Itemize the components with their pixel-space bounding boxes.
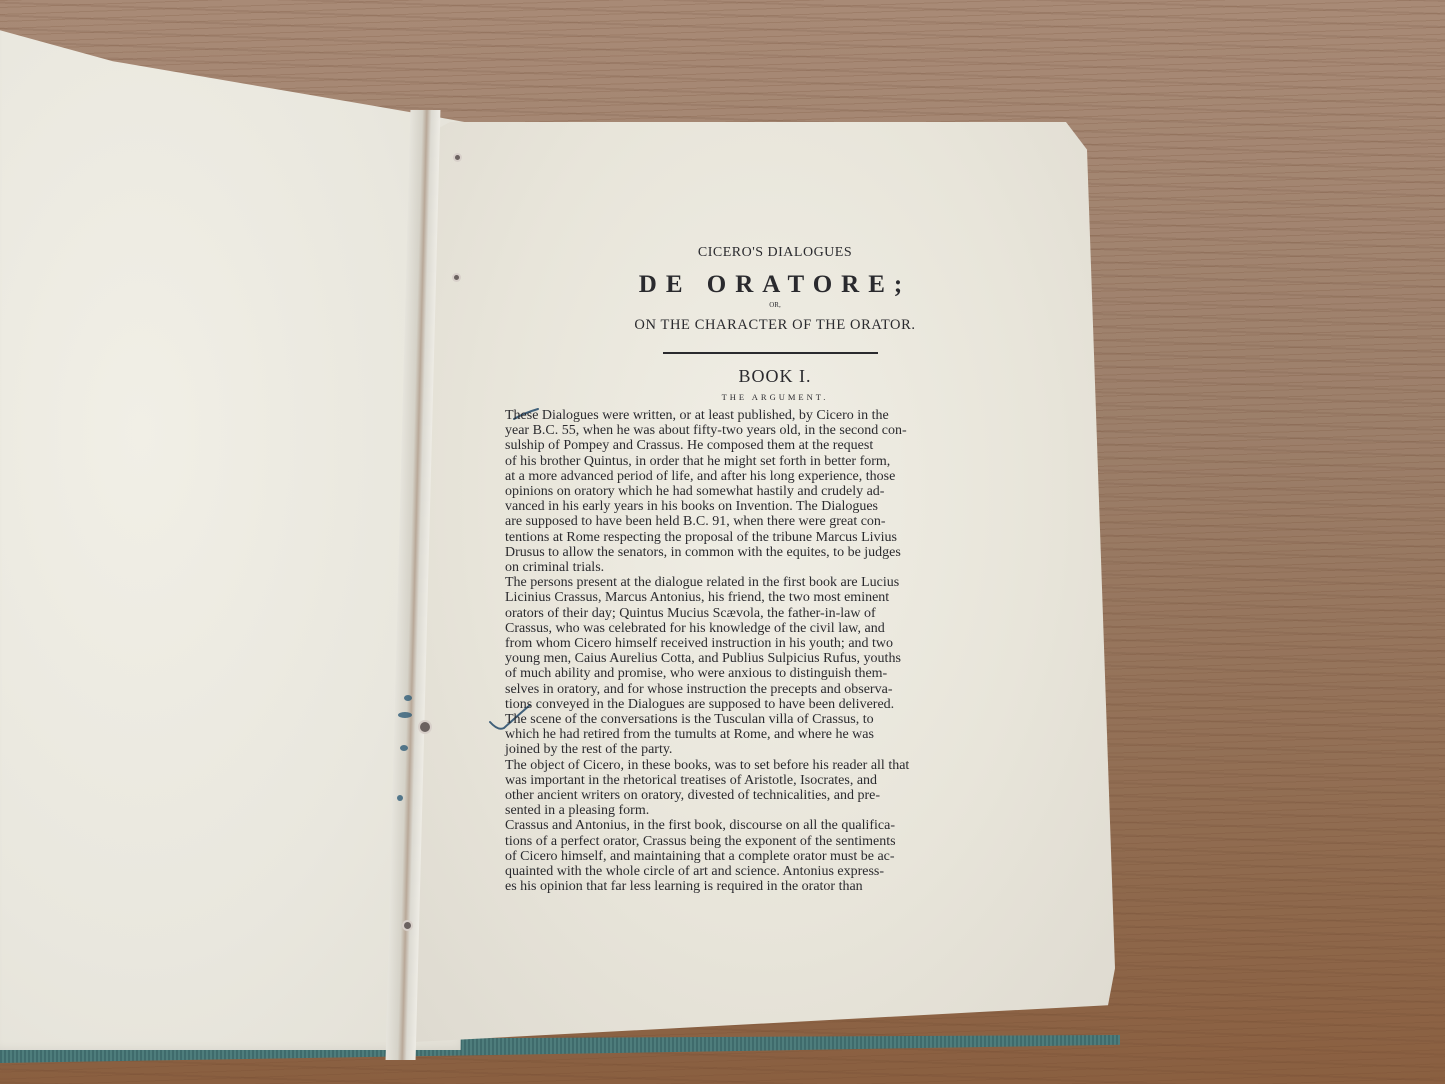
argument-text: These Dialogues were written, or at leas… <box>505 408 1015 895</box>
binding-stitch <box>404 922 411 929</box>
section-heading: THE ARGUMENT. <box>535 392 1015 402</box>
ink-stain <box>398 712 412 718</box>
page-subtitle: ON THE CHARACTER OF THE ORATOR. <box>535 317 1015 334</box>
or-connector: OR, <box>535 301 1015 309</box>
page-title: DE ORATORE; <box>535 271 1015 299</box>
binding-stitch <box>420 722 430 732</box>
ink-stain <box>404 695 412 701</box>
ink-stain <box>397 795 403 801</box>
paragraph: The object of Cicero, in these books, wa… <box>505 758 1015 819</box>
book-heading: BOOK I. <box>535 366 1015 387</box>
paragraph: Crassus and Antonius, in the first book,… <box>505 818 1015 894</box>
paragraph: These Dialogues were written, or at leas… <box>505 408 1015 575</box>
paragraph: The persons present at the dialogue rela… <box>505 575 1015 757</box>
ink-stain <box>400 745 408 751</box>
binding-stitch <box>454 275 459 280</box>
series-header: CICERO'S DIALOGUES <box>535 245 1015 261</box>
photo-scene: CICERO'S DIALOGUES DE ORATORE; OR, ON TH… <box>0 0 1445 1084</box>
printed-text-block: CICERO'S DIALOGUES DE ORATORE; OR, ON TH… <box>505 245 1015 895</box>
binding-stitch <box>455 155 460 160</box>
title-rule <box>663 352 878 354</box>
